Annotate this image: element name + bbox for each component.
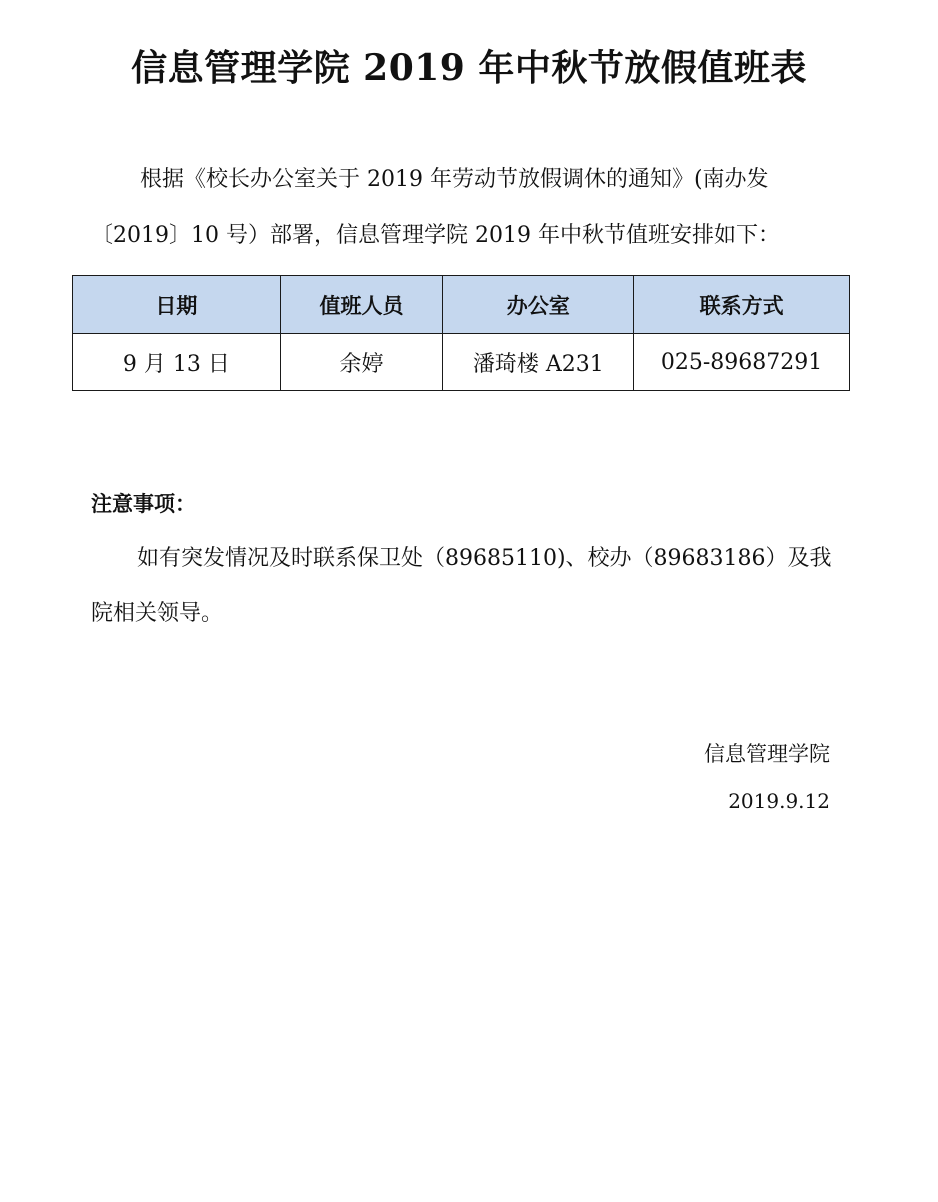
cell-contact: 025-89687291 <box>634 334 850 391</box>
column-header-date: 日期 <box>73 276 281 334</box>
intro-paragraph-line-2: 〔2019〕10 号）部署，信息管理学院 2019 年中秋节值班安排如下： <box>91 222 780 250</box>
cell-office: 潘琦楼 A231 <box>443 334 634 391</box>
signature-organization: 信息管理学院 <box>704 738 830 768</box>
cell-person: 余婷 <box>280 334 443 391</box>
signature-date: 2019.9.12 <box>728 789 830 813</box>
column-header-office: 办公室 <box>443 276 634 334</box>
document-title: 信息管理学院 2019 年中秋节放假值班表 <box>0 40 938 91</box>
table-header-row: 日期 值班人员 办公室 联系方式 <box>73 276 850 334</box>
intro-paragraph-line-1: 根据《校长办公室关于 2019 年劳动节放假调休的通知》(南办发 <box>140 166 769 194</box>
cell-date: 9 月 13 日 <box>73 334 281 391</box>
table-row: 9 月 13 日 余婷 潘琦楼 A231 025-89687291 <box>73 334 850 391</box>
notes-heading: 注意事项： <box>91 488 196 518</box>
notes-paragraph-line-2: 院相关领导。 <box>91 600 223 628</box>
duty-schedule-table: 日期 值班人员 办公室 联系方式 9 月 13 日 余婷 潘琦楼 A231 02… <box>72 275 850 391</box>
notes-paragraph-line-1: 如有突发情况及时联系保卫处（89685110)、校办（89683186）及我 <box>137 545 832 573</box>
column-header-person: 值班人员 <box>280 276 443 334</box>
column-header-contact: 联系方式 <box>634 276 850 334</box>
